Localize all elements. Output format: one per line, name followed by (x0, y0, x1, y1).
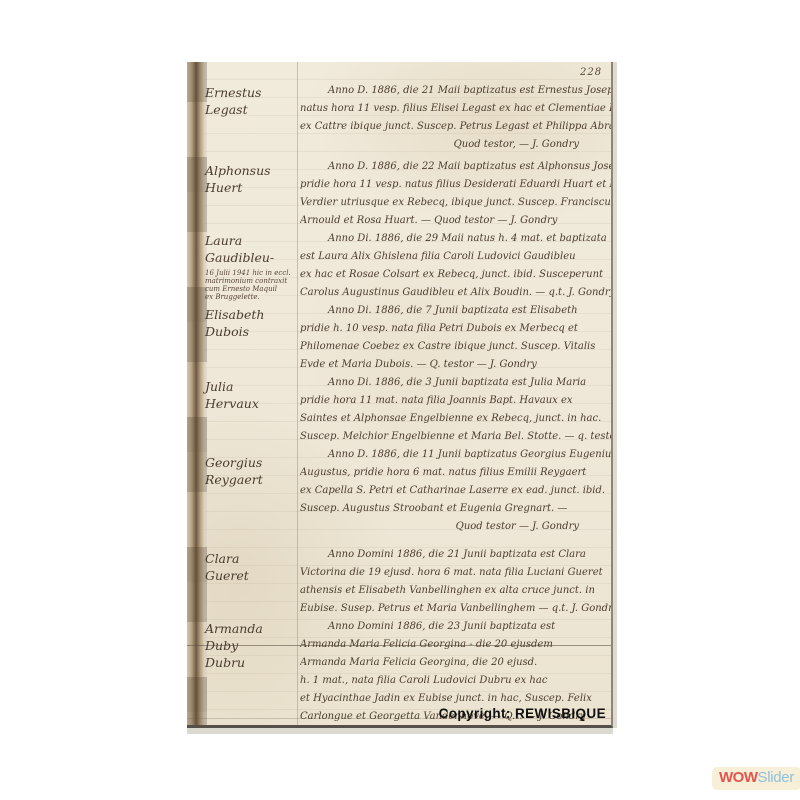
margin-note-line: 16 Julii 1941 hic in eccl. (205, 269, 297, 277)
entry-line: ex hac et Rosae Colsart ex Rebecq, junct… (300, 266, 611, 284)
margin-column-rule (297, 62, 298, 725)
entry-line: Anno Di. 1886, die 3 Junii baptizata est… (300, 374, 611, 392)
margin-name-line: Duby (205, 637, 297, 654)
entry-line: Anno Domini 1886, die 23 Junii baptizata… (300, 618, 611, 636)
margin-name-laura-gaudibleu: Laura Gaudibleu- 16 Julii 1941 hic in ec… (205, 232, 297, 301)
margin-name-clara-gueret: Clara Gueret (205, 550, 297, 584)
entry-line: ex Cattre ibique junct. Suscep. Petrus L… (300, 118, 611, 136)
entry-alphonsus-huert: Anno D. 1886, die 22 Maii baptizatus est… (300, 158, 611, 230)
margin-note-line: ex Bruggelette. (205, 293, 297, 301)
entry-attestation: Quod testor, — J. Gondry (300, 136, 611, 154)
wowslider-wow-text: WOW (719, 769, 757, 786)
margin-name-line: Dubru (205, 654, 297, 671)
entry-line: Philomenae Coebez ex Castre ibique junct… (300, 338, 611, 356)
entry-line: pridie hora 11 mat. nata filia Joannis B… (300, 392, 611, 410)
book-binding-edge (187, 62, 207, 725)
margin-name-georgius-reygaert: Georgius Reygaert (205, 454, 297, 488)
entry-line: Anno Domini 1886, die 21 Junii baptizata… (300, 546, 611, 564)
margin-name-line: Julia (205, 378, 297, 395)
entry-line: pridie hora 11 vesp. natus filius Deside… (300, 176, 611, 194)
entry-attestation: Quod testor — J. Gondry (300, 518, 611, 536)
entry-line: Augustus, pridie hora 6 mat. natus filiu… (300, 464, 611, 482)
margin-name-line: Dubois (205, 323, 297, 340)
margin-name-line: Hervaux (205, 395, 297, 412)
entry-line: Anno D. 1886, die 21 Maii baptizatus est… (300, 82, 611, 100)
entry-line: pridie h. 10 vesp. nata filia Petri Dubo… (300, 320, 611, 338)
margin-name-line: Clara (205, 550, 297, 567)
entry-line: ex Capella S. Petri et Catharinae Laserr… (300, 482, 611, 500)
entry-line: Victorina die 19 ejusd. hora 6 mat. nata… (300, 564, 611, 582)
entry-line: Saintes et Alphonsae Engelbienne ex Rebe… (300, 410, 611, 428)
entry-elisabeth-dubois: Anno Di. 1886, die 7 Junii baptizata est… (300, 302, 611, 374)
margin-name-line: Ernestus (205, 84, 297, 101)
entry-line: Anno D. 1886, die 22 Maii baptizatus est… (300, 158, 611, 176)
margin-name-ernestus-legast: Ernestus Legast (205, 84, 297, 118)
register-page: 228 Ernestus Legast Alphonsus Huert Laur… (187, 62, 613, 728)
margin-name-line: Armanda (205, 620, 297, 637)
margin-name-line: Gueret (205, 567, 297, 584)
margin-name-line: Gaudibleu- (205, 249, 297, 266)
margin-name-elisabeth-dubois: Elisabeth Dubois (205, 306, 297, 340)
page-number: 228 (580, 67, 602, 78)
entry-line: h. 1 mat., nata filia Caroli Ludovici Du… (300, 672, 611, 690)
margin-name-line: Elisabeth (205, 306, 297, 323)
entry-line: Armanda Maria Felicia Georgina, die 20 e… (300, 654, 611, 672)
entry-line: Suscep. Augustus Stroobant et Eugenia Gr… (300, 500, 611, 518)
entry-line: Anno Di. 1886, die 29 Maii natus h. 4 ma… (300, 230, 611, 248)
entry-clara-gueret: Anno Domini 1886, die 21 Junii baptizata… (300, 546, 611, 618)
entry-georgius-reygaert: Anno D. 1886, die 11 Junii baptizatus Ge… (300, 446, 611, 536)
entry-laura-gaudibleu: Anno Di. 1886, die 29 Maii natus h. 4 ma… (300, 230, 611, 302)
margin-name-alphonsus-huert: Alphonsus Huert (205, 162, 297, 196)
entry-attestation: Arnould et Rosa Huart. — Quod testor — J… (300, 212, 611, 230)
entry-ernestus-legast: Anno D. 1886, die 21 Maii baptizatus est… (300, 82, 611, 154)
margin-name-armanda-dubru: Armanda Duby Dubru (205, 620, 297, 671)
entry-line: Verdier utriusque ex Rebecq, ibique junc… (300, 194, 611, 212)
entry-attestation: Carolus Augustinus Gaudibleu et Alix Bou… (300, 284, 611, 302)
margin-name-line: Huert (205, 179, 297, 196)
margin-name-julia-hervaux: Julia Hervaux (205, 378, 297, 412)
entry-attestation: Suscep. Melchior Engelbienne et Maria Be… (300, 428, 611, 446)
entry-line: Anno Di. 1886, die 7 Junii baptizata est… (300, 302, 611, 320)
wowslider-watermark[interactable]: WOWSlider (712, 767, 800, 790)
margin-name-line: Alphonsus (205, 162, 297, 179)
entry-line: Anno D. 1886, die 11 Junii baptizatus Ge… (300, 446, 611, 464)
wowslider-slider-text: Slider (757, 769, 794, 786)
entry-attestation: Eubise. Susep. Petrus et Maria Vanbellin… (300, 600, 611, 618)
scanned-register-image: 228 Ernestus Legast Alphonsus Huert Laur… (0, 0, 800, 800)
entry-line: natus hora 11 vesp. filius Elisei Legast… (300, 100, 611, 118)
copyright-label: Copyright: REWISBIQUE (439, 706, 606, 721)
entry-attestation: Evde et Maria Dubois. — Q. testor — J. G… (300, 356, 611, 374)
margin-note-line: matrimonium contraxit (205, 277, 297, 285)
entry-line: athensis et Elisabeth Vanbellinghen ex a… (300, 582, 611, 600)
margin-name-line: Georgius (205, 454, 297, 471)
margin-name-line: Reygaert (205, 471, 297, 488)
entry-julia-hervaux: Anno Di. 1886, die 3 Junii baptizata est… (300, 374, 611, 446)
entry-line: est Laura Alix Ghislena filia Caroli Lud… (300, 248, 611, 266)
margin-name-line: Laura (205, 232, 297, 249)
margin-name-line: Legast (205, 101, 297, 118)
margin-note-line: cum Ernesto Maquil (205, 285, 297, 293)
entry-line-rewritten: Armanda Maria Felicia Georgina - die 20 … (300, 636, 611, 654)
